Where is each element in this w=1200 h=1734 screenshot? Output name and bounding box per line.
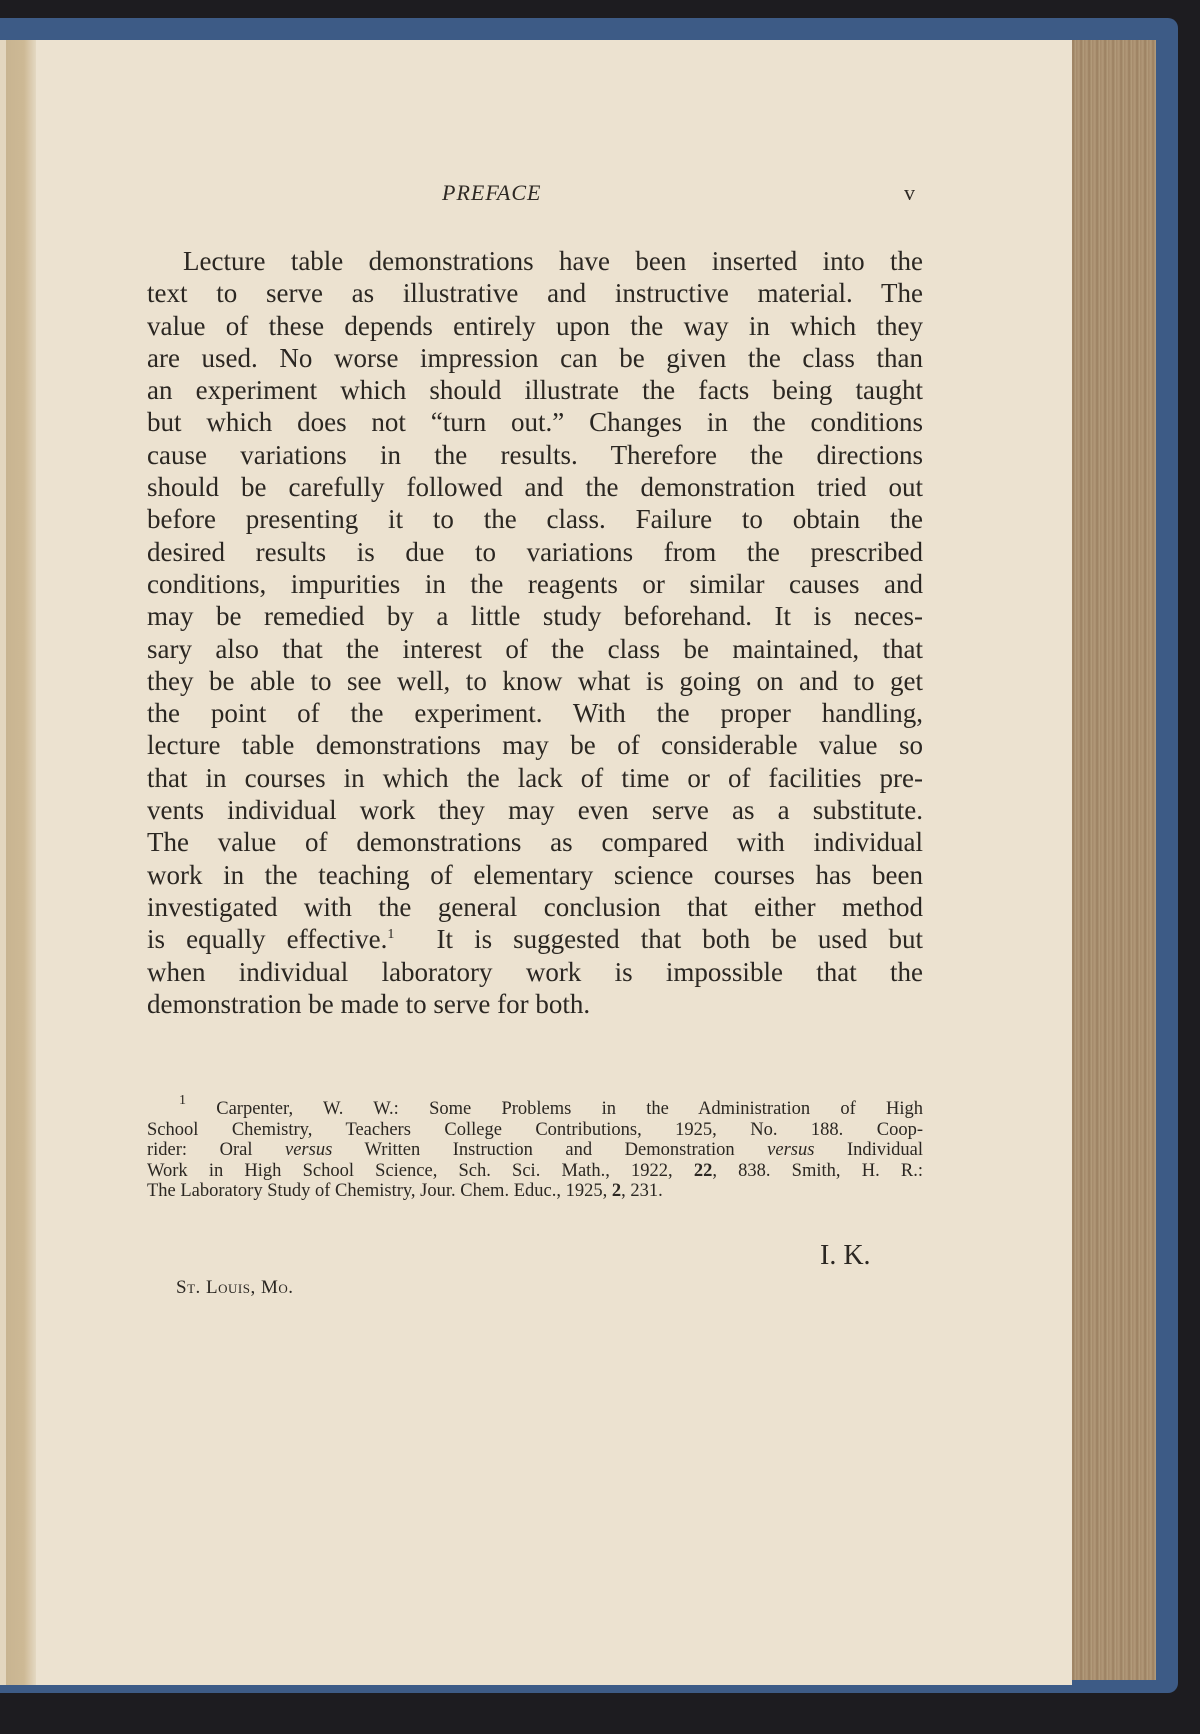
text-fragment: Written Instruction and Demonstration xyxy=(332,1140,767,1160)
text-line: the point of the experiment. With the pr… xyxy=(147,697,923,729)
text-fragment: Carpenter, W. W.: Some Problems in the A… xyxy=(216,1099,923,1119)
footnote-line: rider: Oral versus Written Instruction a… xyxy=(147,1140,923,1161)
text-line: but which does not “turn out.” Changes i… xyxy=(147,406,923,438)
text-line: they be able to see well, to know what i… xyxy=(147,665,923,697)
text-line: when individual laboratory work is impos… xyxy=(147,956,923,988)
footnote-line: Work in High School Science, Sch. Sci. M… xyxy=(147,1161,923,1182)
text-line: vents individual work they may even serv… xyxy=(147,794,923,826)
text-fragment: It is suggested that both be used but xyxy=(437,924,924,954)
body-paragraph: Lecture table demonstrations have been i… xyxy=(147,245,923,1020)
text-fragment: Individual xyxy=(814,1140,923,1160)
italic-term: versus xyxy=(767,1140,814,1160)
text-line: The value of demonstrations as compared … xyxy=(147,826,923,858)
page-gutter-shadow xyxy=(6,40,36,1685)
text-line: investigated with the general conclusion… xyxy=(147,891,923,923)
text-fragment: Work in High School Science, Sch. Sci. M… xyxy=(147,1161,694,1181)
text-fragment: is equally effective. xyxy=(147,924,387,954)
text-line: may be remedied by a little study before… xyxy=(147,600,923,632)
footnote: 1 Carpenter, W. W.: Some Problems in the… xyxy=(147,1099,923,1202)
text-fragment: , 231. xyxy=(621,1181,663,1201)
text-line: sary also that the interest of the class… xyxy=(147,633,923,665)
footnote-line: 1 Carpenter, W. W.: Some Problems in the… xyxy=(147,1099,923,1120)
book-page: PREFACE v Lecture table demonstrations h… xyxy=(6,40,1072,1685)
text-fragment: rider: Oral xyxy=(147,1140,285,1160)
text-line: cause variations in the results. Therefo… xyxy=(147,439,923,471)
text-line: text to serve as illustrative and instru… xyxy=(147,277,923,309)
author-initials: I. K. xyxy=(820,1240,871,1272)
page-edges xyxy=(1068,40,1156,1680)
text-fragment: The Laboratory Study of Chemistry, Jour.… xyxy=(147,1181,612,1201)
footnote-line: School Chemistry, Teachers College Contr… xyxy=(147,1120,923,1141)
text-line: lecture table demonstrations may be of c… xyxy=(147,729,923,761)
running-title: PREFACE xyxy=(442,180,541,206)
text-line: desired results is due to variations fro… xyxy=(147,536,923,568)
text-line: before presenting it to the class. Failu… xyxy=(147,503,923,535)
place-line: St. Louis, Mo. xyxy=(176,1277,293,1299)
text-fragment: , 838. Smith, H. R.: xyxy=(712,1161,923,1181)
text-line: demonstration be made to serve for both. xyxy=(147,988,923,1020)
text-line: is equally effective.1 It is suggested t… xyxy=(147,923,923,955)
italic-term: versus xyxy=(285,1140,332,1160)
text-line: work in the teaching of elementary scien… xyxy=(147,859,923,891)
text-line: an experiment which should illustrate th… xyxy=(147,374,923,406)
footnote-reference[interactable]: 1 xyxy=(387,927,394,942)
page-number: v xyxy=(904,180,915,206)
footnote-marker: 1 xyxy=(179,1093,186,1108)
text-line: should be carefully followed and the dem… xyxy=(147,471,923,503)
text-line: Lecture table demonstrations have been i… xyxy=(147,245,923,277)
text-line: that in courses in which the lack of tim… xyxy=(147,762,923,794)
text-line: conditions, impurities in the reagents o… xyxy=(147,568,923,600)
text-line: value of these depends entirely upon the… xyxy=(147,310,923,342)
volume-number: 22 xyxy=(694,1161,713,1181)
volume-number: 2 xyxy=(612,1181,621,1201)
text-line: are used. No worse impression can be giv… xyxy=(147,342,923,374)
footnote-line: The Laboratory Study of Chemistry, Jour.… xyxy=(147,1181,923,1202)
